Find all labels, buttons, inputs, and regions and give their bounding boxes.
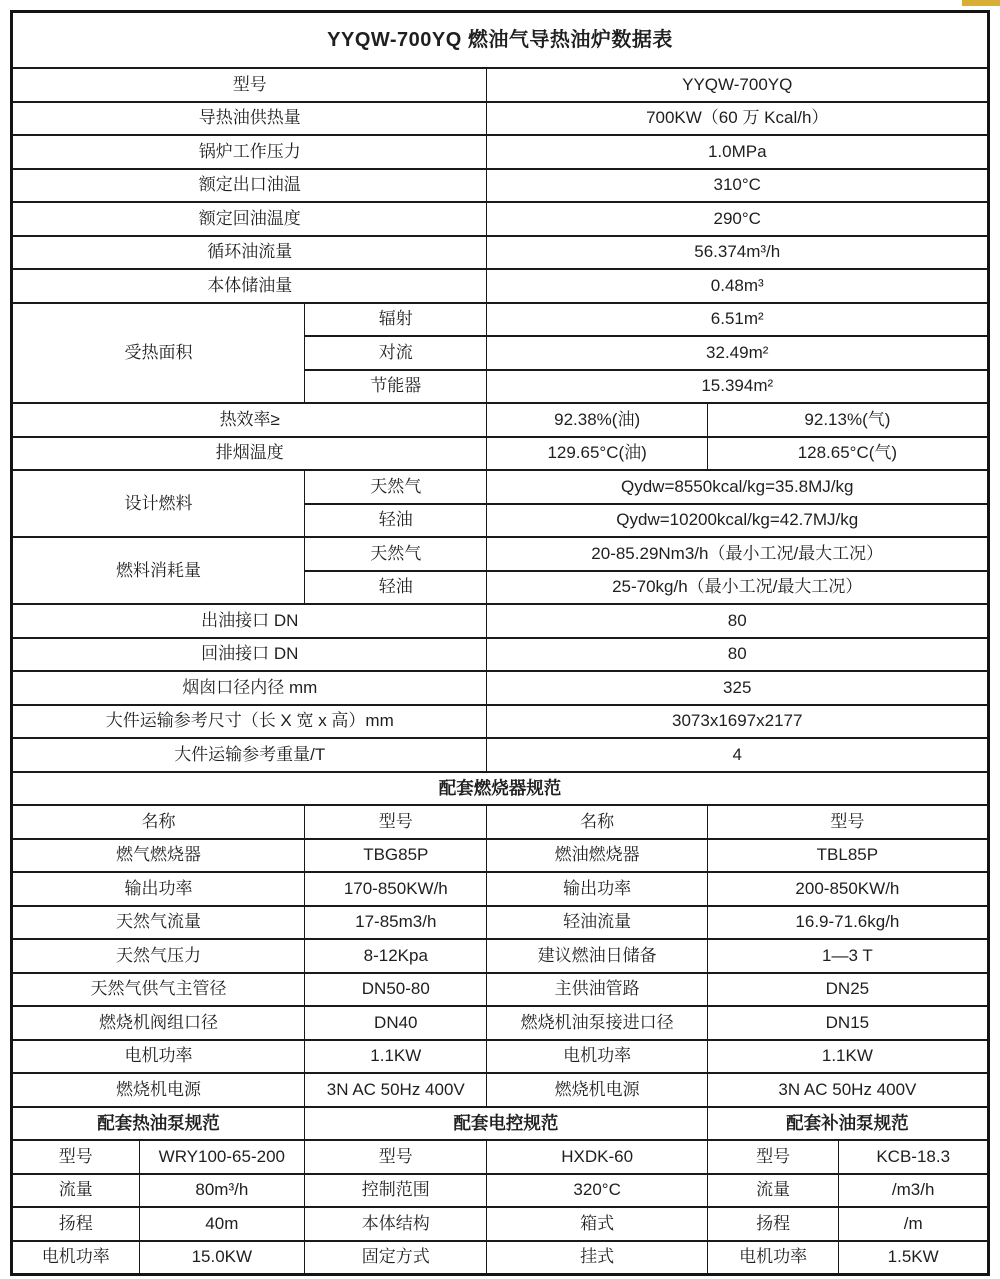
table-row: 排烟温度 129.65°C(油) 128.65°C(气) [12, 437, 989, 471]
spec-value: WRY100-65-200 [139, 1140, 305, 1174]
spec-value: DN15 [707, 1006, 988, 1040]
table-row: 燃气燃烧器 TBG85P 燃油燃烧器 TBL85P [12, 839, 989, 873]
spec-value: 200-850KW/h [707, 872, 988, 906]
spec-value: DN25 [707, 973, 988, 1007]
spec-value: 170-850KW/h [305, 872, 487, 906]
spec-value: 92.38%(油) [487, 403, 707, 437]
spec-label: 循环油流量 [12, 236, 487, 270]
table-row: 回油接口 DN 80 [12, 638, 989, 672]
table-row: 天然气压力 8-12Kpa 建议燃油日储备 1—3 T [12, 939, 989, 973]
spec-value: 20-85.29Nm3/h（最小工况/最大工况） [487, 537, 989, 571]
column-header: 名称 [487, 805, 707, 839]
table-row: 额定出口油温 310°C [12, 169, 989, 203]
spec-table: YYQW-700YQ 燃油气导热油炉数据表 型号 YYQW-700YQ 导热油供… [10, 10, 990, 1276]
spec-value: 92.13%(气) [707, 403, 988, 437]
spec-value: 15.0KW [139, 1241, 305, 1275]
spec-value: TBL85P [707, 839, 988, 873]
table-row: 电机功率 1.1KW 电机功率 1.1KW [12, 1040, 989, 1074]
spec-label: 主供油管路 [487, 973, 707, 1007]
spec-value: DN50-80 [305, 973, 487, 1007]
spec-label: 电机功率 [12, 1241, 140, 1275]
sub-label: 天然气 [305, 470, 487, 504]
table-row: 受热面积 辐射 6.51m² [12, 303, 989, 337]
spec-label: 型号 [707, 1140, 839, 1174]
sub-label: 辐射 [305, 303, 487, 337]
sub-label: 轻油 [305, 504, 487, 538]
spec-value: 700KW（60 万 Kcal/h） [487, 102, 989, 136]
spec-label: 扬程 [12, 1207, 140, 1241]
spec-label: 输出功率 [12, 872, 305, 906]
spec-label: 流量 [12, 1174, 140, 1208]
page: YYQW-700YQ 燃油气导热油炉数据表 型号 YYQW-700YQ 导热油供… [0, 0, 1000, 1279]
table-row: YYQW-700YQ 燃油气导热油炉数据表 [12, 12, 989, 69]
spec-label: 燃油燃烧器 [487, 839, 707, 873]
spec-value: 1.5KW [839, 1241, 989, 1275]
spec-value: 挂式 [487, 1241, 707, 1275]
spec-label: 型号 [12, 1140, 140, 1174]
spec-label: 烟囱口径内径 mm [12, 671, 487, 705]
column-header: 名称 [12, 805, 305, 839]
spec-value: TBG85P [305, 839, 487, 873]
spec-label: 热效率≥ [12, 403, 487, 437]
spec-value: Qydw=8550kcal/kg=35.8MJ/kg [487, 470, 989, 504]
spec-label: 天然气流量 [12, 906, 305, 940]
group-label: 设计燃料 [12, 470, 305, 537]
spec-label: 电机功率 [487, 1040, 707, 1074]
spec-label: 扬程 [707, 1207, 839, 1241]
spec-value: 310°C [487, 169, 989, 203]
spec-value: DN40 [305, 1006, 487, 1040]
spec-label: 型号 [12, 68, 487, 102]
spec-label: 大件运输参考尺寸（长 X 宽 x 高）mm [12, 705, 487, 739]
spec-value: 3073x1697x2177 [487, 705, 989, 739]
spec-label: 建议燃油日储备 [487, 939, 707, 973]
spec-label: 燃气燃烧器 [12, 839, 305, 873]
spec-value: KCB-18.3 [839, 1140, 989, 1174]
table-row: 型号 YYQW-700YQ [12, 68, 989, 102]
spec-value: 40m [139, 1207, 305, 1241]
spec-label: 电机功率 [12, 1040, 305, 1074]
spec-value: 0.48m³ [487, 269, 989, 303]
spec-label: 天然气供气主管径 [12, 973, 305, 1007]
table-row: 循环油流量 56.374m³/h [12, 236, 989, 270]
spec-value: HXDK-60 [487, 1140, 707, 1174]
spec-value: 3N AC 50Hz 400V [305, 1073, 487, 1107]
table-row: 燃料消耗量 天然气 20-85.29Nm3/h（最小工况/最大工况） [12, 537, 989, 571]
sub-label: 节能器 [305, 370, 487, 404]
corner-highlight-marker [962, 0, 1000, 6]
table-row: 燃烧机电源 3N AC 50Hz 400V 燃烧机电源 3N AC 50Hz 4… [12, 1073, 989, 1107]
table-row: 天然气流量 17-85m3/h 轻油流量 16.9-71.6kg/h [12, 906, 989, 940]
spec-label: 固定方式 [305, 1241, 487, 1275]
spec-value: 80m³/h [139, 1174, 305, 1208]
table-row: 烟囱口径内径 mm 325 [12, 671, 989, 705]
spec-label: 额定回油温度 [12, 202, 487, 236]
spec-label: 电机功率 [707, 1241, 839, 1275]
spec-label: 导热油供热量 [12, 102, 487, 136]
spec-label: 天然气压力 [12, 939, 305, 973]
spec-label: 排烟温度 [12, 437, 487, 471]
table-row: 大件运输参考重量/T 4 [12, 738, 989, 772]
section-header: 配套补油泵规范 [707, 1107, 988, 1141]
sub-label: 轻油 [305, 571, 487, 605]
table-row: 输出功率 170-850KW/h 输出功率 200-850KW/h [12, 872, 989, 906]
spec-value: 32.49m² [487, 336, 989, 370]
spec-label: 出油接口 DN [12, 604, 487, 638]
spec-label: 本体储油量 [12, 269, 487, 303]
spec-label: 锅炉工作压力 [12, 135, 487, 169]
spec-value: 129.65°C(油) [487, 437, 707, 471]
spec-value: 56.374m³/h [487, 236, 989, 270]
sub-label: 天然气 [305, 537, 487, 571]
spec-label: 本体结构 [305, 1207, 487, 1241]
spec-value: 15.394m² [487, 370, 989, 404]
section-header: 配套电控规范 [305, 1107, 708, 1141]
spec-value: 25-70kg/h（最小工况/最大工况） [487, 571, 989, 605]
column-header: 型号 [707, 805, 988, 839]
section-header: 配套燃烧器规范 [12, 772, 989, 806]
table-row: 额定回油温度 290°C [12, 202, 989, 236]
spec-value: 箱式 [487, 1207, 707, 1241]
table-row: 设计燃料 天然气 Qydw=8550kcal/kg=35.8MJ/kg [12, 470, 989, 504]
spec-value: YYQW-700YQ [487, 68, 989, 102]
spec-value: 8-12Kpa [305, 939, 487, 973]
spec-label: 燃烧机阀组口径 [12, 1006, 305, 1040]
column-header: 型号 [305, 805, 487, 839]
spec-value: 325 [487, 671, 989, 705]
spec-value: 16.9-71.6kg/h [707, 906, 988, 940]
spec-label: 控制范围 [305, 1174, 487, 1208]
spec-label: 型号 [305, 1140, 487, 1174]
table-row: 大件运输参考尺寸（长 X 宽 x 高）mm 3073x1697x2177 [12, 705, 989, 739]
group-label: 燃料消耗量 [12, 537, 305, 604]
spec-value: 3N AC 50Hz 400V [707, 1073, 988, 1107]
spec-value: /m3/h [839, 1174, 989, 1208]
spec-label: 回油接口 DN [12, 638, 487, 672]
spec-label: 大件运输参考重量/T [12, 738, 487, 772]
spec-label: 流量 [707, 1174, 839, 1208]
table-title: YYQW-700YQ 燃油气导热油炉数据表 [12, 12, 989, 69]
spec-label: 燃烧机油泵接进口径 [487, 1006, 707, 1040]
section-header: 配套热油泵规范 [12, 1107, 305, 1141]
group-label: 受热面积 [12, 303, 305, 404]
spec-value: 6.51m² [487, 303, 989, 337]
spec-value: 128.65°C(气) [707, 437, 988, 471]
table-row: 电机功率 15.0KW 固定方式 挂式 电机功率 1.5KW [12, 1241, 989, 1275]
table-row: 导热油供热量 700KW（60 万 Kcal/h） [12, 102, 989, 136]
table-row: 热效率≥ 92.38%(油) 92.13%(气) [12, 403, 989, 437]
spec-value: 80 [487, 638, 989, 672]
spec-value: 80 [487, 604, 989, 638]
spec-value: 1—3 T [707, 939, 988, 973]
spec-value: 4 [487, 738, 989, 772]
spec-value: 320°C [487, 1174, 707, 1208]
table-row: 锅炉工作压力 1.0MPa [12, 135, 989, 169]
table-row: 型号 WRY100-65-200 型号 HXDK-60 型号 KCB-18.3 [12, 1140, 989, 1174]
table-row: 天然气供气主管径 DN50-80 主供油管路 DN25 [12, 973, 989, 1007]
spec-label: 燃烧机电源 [12, 1073, 305, 1107]
table-row: 流量 80m³/h 控制范围 320°C 流量 /m3/h [12, 1174, 989, 1208]
table-row: 配套热油泵规范 配套电控规范 配套补油泵规范 [12, 1107, 989, 1141]
table-row: 扬程 40m 本体结构 箱式 扬程 /m [12, 1207, 989, 1241]
spec-value: 1.1KW [305, 1040, 487, 1074]
table-row: 出油接口 DN 80 [12, 604, 989, 638]
spec-label: 燃烧机电源 [487, 1073, 707, 1107]
spec-value: Qydw=10200kcal/kg=42.7MJ/kg [487, 504, 989, 538]
table-row: 燃烧机阀组口径 DN40 燃烧机油泵接进口径 DN15 [12, 1006, 989, 1040]
spec-value: 1.0MPa [487, 135, 989, 169]
sub-label: 对流 [305, 336, 487, 370]
spec-value: /m [839, 1207, 989, 1241]
table-row: 本体储油量 0.48m³ [12, 269, 989, 303]
spec-value: 1.1KW [707, 1040, 988, 1074]
spec-label: 输出功率 [487, 872, 707, 906]
spec-label: 轻油流量 [487, 906, 707, 940]
spec-value: 290°C [487, 202, 989, 236]
spec-label: 额定出口油温 [12, 169, 487, 203]
table-row: 名称 型号 名称 型号 [12, 805, 989, 839]
spec-value: 17-85m3/h [305, 906, 487, 940]
table-row: 配套燃烧器规范 [12, 772, 989, 806]
